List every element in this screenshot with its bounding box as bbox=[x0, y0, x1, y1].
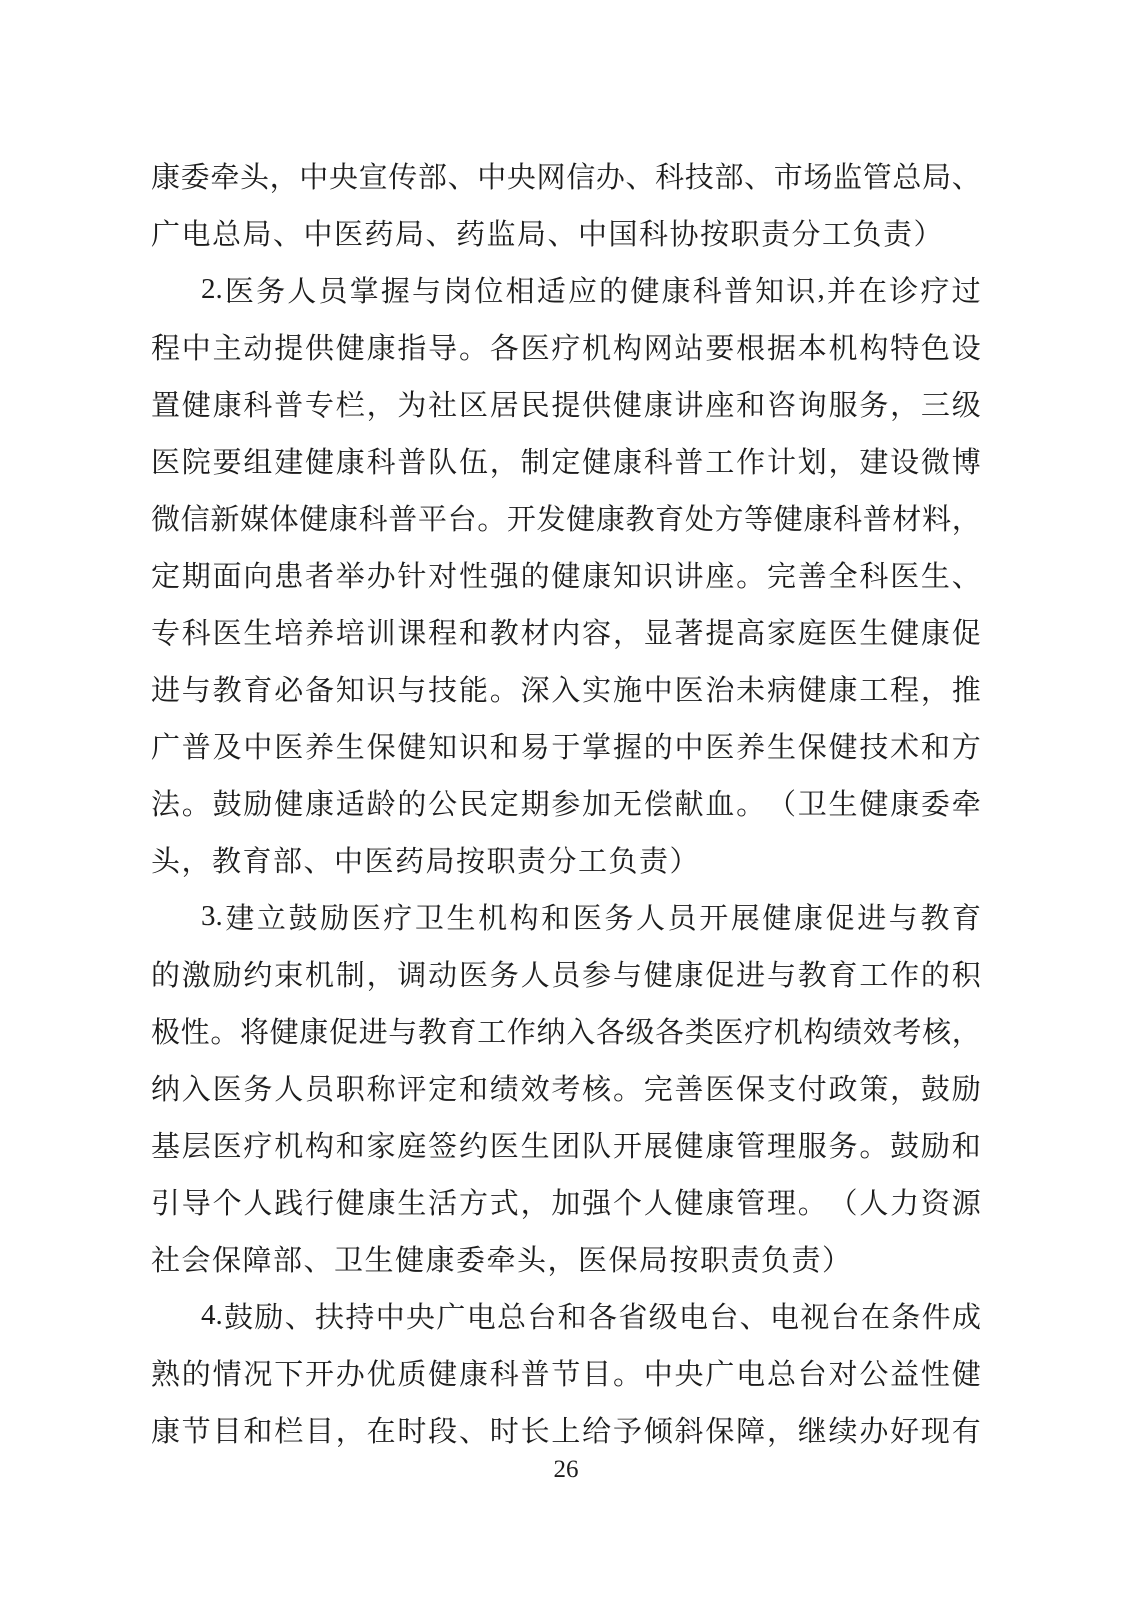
document-page: 康委牵头，中央宣传部、中央网信办、科技部、市场监管总局、广电总局、中医药局、药监… bbox=[0, 0, 1131, 1600]
document-body: 康委牵头，中央宣传部、中央网信办、科技部、市场监管总局、广电总局、中医药局、药监… bbox=[151, 147, 981, 1458]
text-line: 医院要组建健康科普队伍，制定健康科普工作计划，建设微博 bbox=[151, 432, 981, 489]
text-line: 置健康科普专栏，为社区居民提供健康讲座和咨询服务，三级 bbox=[151, 375, 981, 432]
text-line: 专科医生培养培训课程和教材内容，显著提高家庭医生健康促 bbox=[151, 603, 981, 660]
text-line: 康委牵头，中央宣传部、中央网信办、科技部、市场监管总局、 bbox=[151, 147, 981, 204]
text-line: 定期面向患者举办针对性强的健康知识讲座。完善全科医生、 bbox=[151, 546, 981, 603]
text-line: 极性。将健康促进与教育工作纳入各级各类医疗机构绩效考核， bbox=[151, 1002, 981, 1059]
text-line: 3.建立鼓励医疗卫生机构和医务人员开展健康促进与教育 bbox=[151, 888, 981, 945]
text-line: 社会保障部、卫生健康委牵头，医保局按职责负责） bbox=[151, 1230, 981, 1287]
text-line: 纳入医务人员职称评定和绩效考核。完善医保支付政策，鼓励 bbox=[151, 1059, 981, 1116]
text-line: 程中主动提供健康指导。各医疗机构网站要根据本机构特色设 bbox=[151, 318, 981, 375]
text-line: 广普及中医养生保健知识和易于掌握的中医养生保健技术和方 bbox=[151, 717, 981, 774]
text-line: 头，教育部、中医药局按职责分工负责） bbox=[151, 831, 981, 888]
text-line: 进与教育必备知识与技能。深入实施中医治未病健康工程，推 bbox=[151, 660, 981, 717]
text-line: 微信新媒体健康科普平台。开发健康教育处方等健康科普材料， bbox=[151, 489, 981, 546]
text-line: 康节目和栏目，在时段、时长上给予倾斜保障，继续办好现有 bbox=[151, 1401, 981, 1458]
text-line: 4.鼓励、扶持中央广电总台和各省级电台、电视台在条件成 bbox=[151, 1287, 981, 1344]
text-line: 熟的情况下开办优质健康科普节目。中央广电总台对公益性健 bbox=[151, 1344, 981, 1401]
page-number: 26 bbox=[151, 1456, 981, 1484]
text-line: 引导个人践行健康生活方式，加强个人健康管理。（人力资源 bbox=[151, 1173, 981, 1230]
text-line: 2.医务人员掌握与岗位相适应的健康科普知识,并在诊疗过 bbox=[151, 261, 981, 318]
text-line: 法。鼓励健康适龄的公民定期参加无偿献血。（卫生健康委牵 bbox=[151, 774, 981, 831]
text-line: 基层医疗机构和家庭签约医生团队开展健康管理服务。鼓励和 bbox=[151, 1116, 981, 1173]
text-line: 广电总局、中医药局、药监局、中国科协按职责分工负责） bbox=[151, 204, 981, 261]
text-line: 的激励约束机制，调动医务人员参与健康促进与教育工作的积 bbox=[151, 945, 981, 1002]
